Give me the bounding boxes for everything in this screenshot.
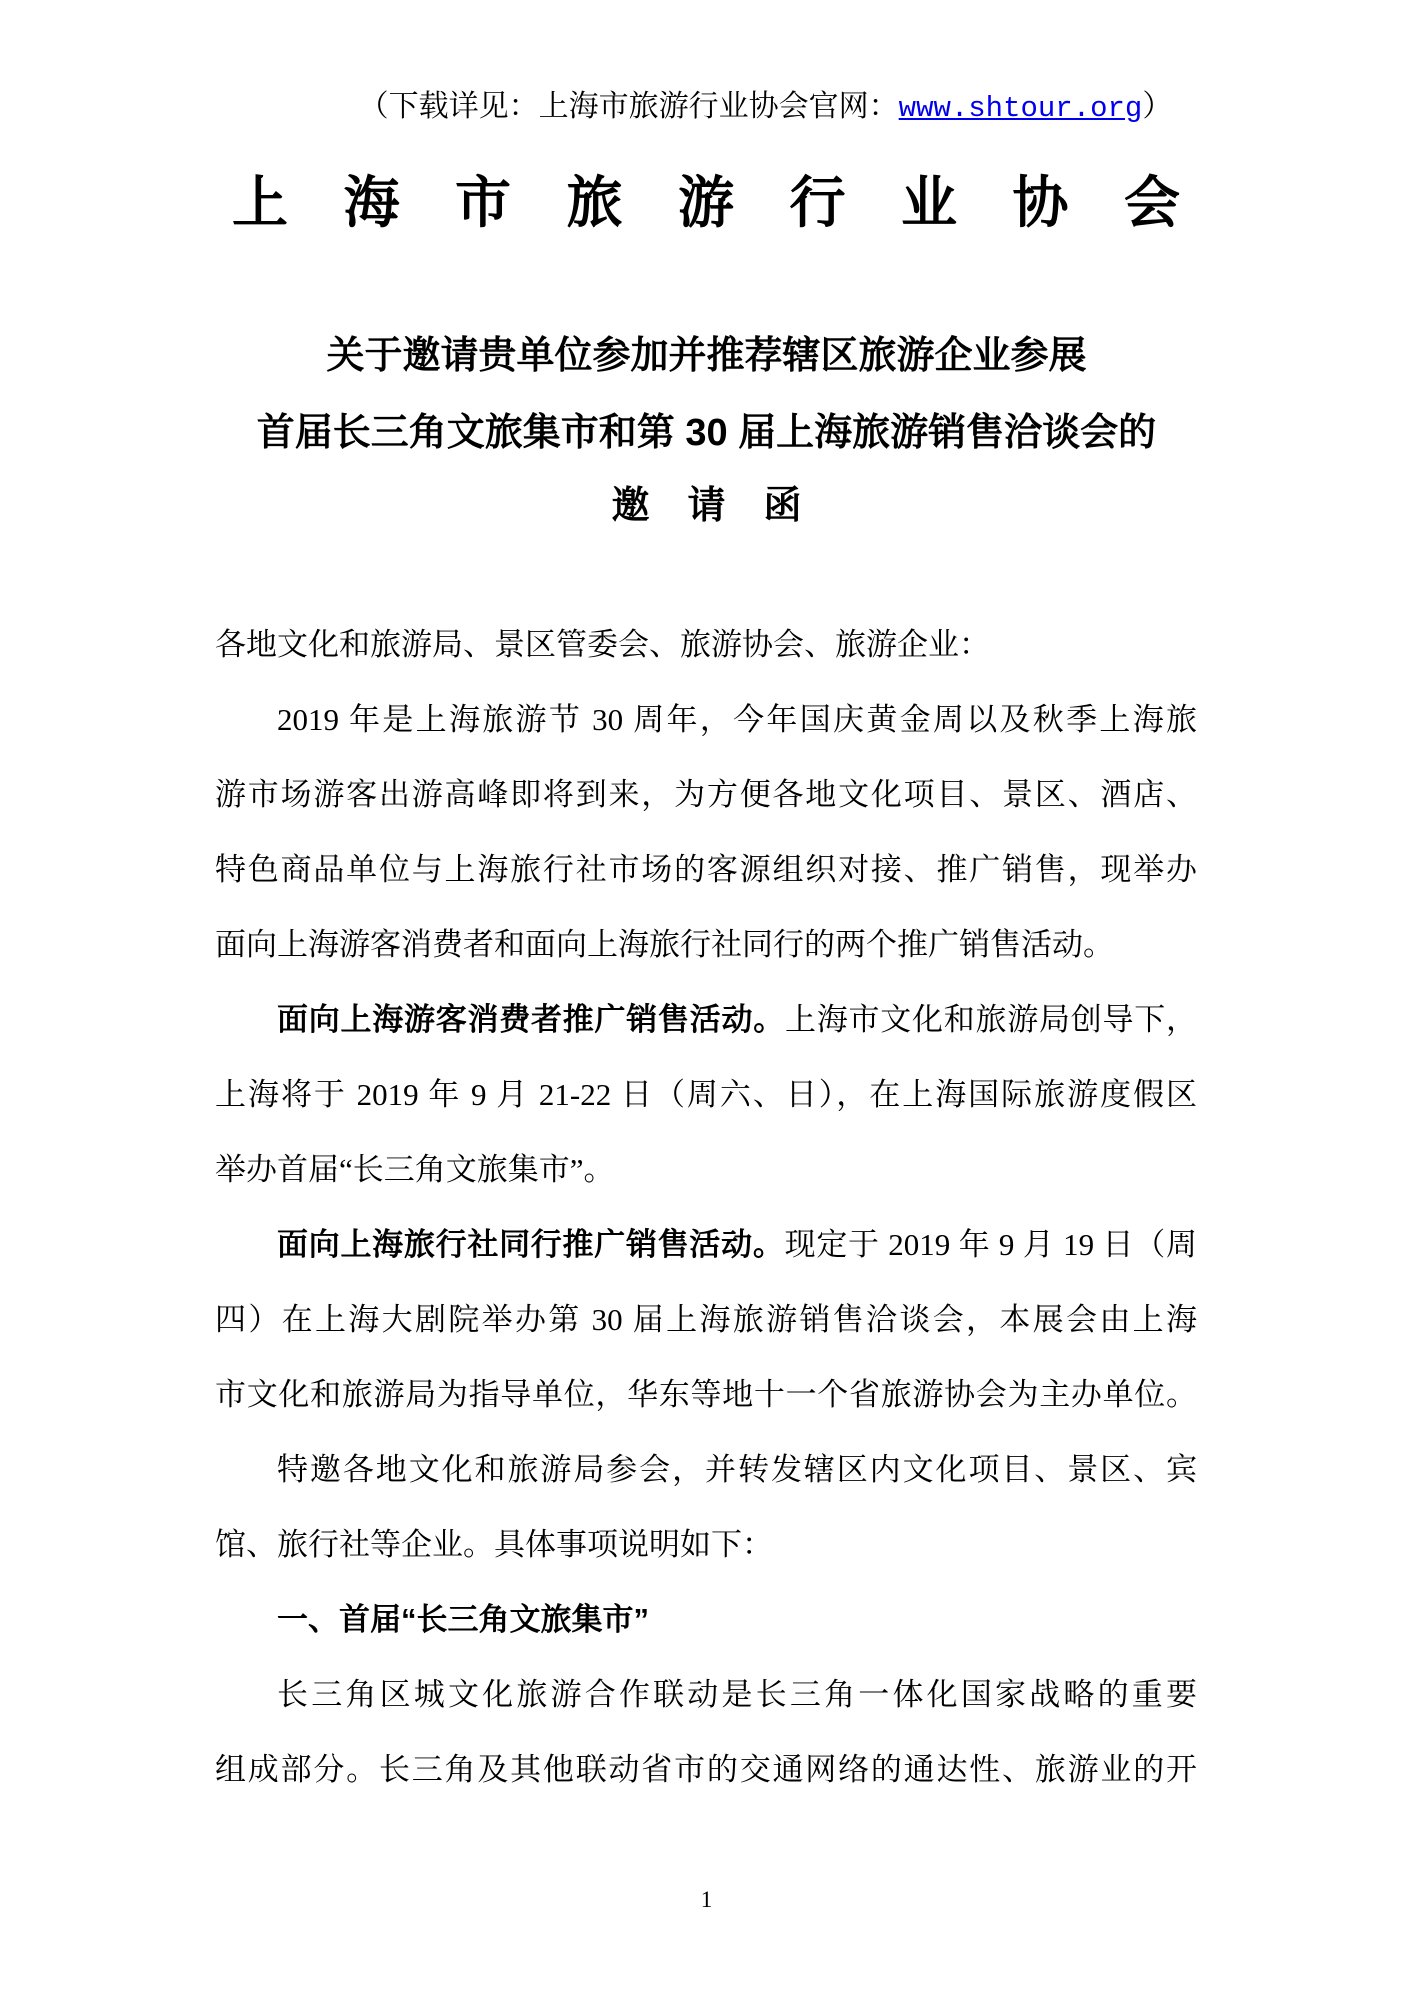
body-line-text: 举办首届“长三角文旅集市”。 xyxy=(215,1152,615,1187)
document-page: （下载详见：上海市旅游行业协会官网：www.shtour.org） 上海市旅游行… xyxy=(0,0,1413,2000)
body-line: 2019 年是上海旅游节 30 周年，今年国庆黄金周以及秋季上海旅 xyxy=(215,682,1197,757)
page-number: 1 xyxy=(0,1884,1413,1916)
letter-body: 各地文化和旅游局、景区管委会、旅游协会、旅游企业： 2019 年是上海旅游节 3… xyxy=(215,607,1197,1807)
body-line-text: 特邀各地文化和旅游局参会，并转发辖区内文化项目、景区、宾 xyxy=(277,1452,1197,1487)
body-line-text: 特色商品单位与上海旅行社市场的客源组织对接、推广销售，现举办 xyxy=(215,852,1197,887)
body-line: 面向上海游客消费者和面向上海旅行社同行的两个推广销售活动。 xyxy=(215,907,1197,982)
body-line: 上海将于 2019 年 9 月 21-22 日（周六、日），在上海国际旅游度假区 xyxy=(215,1057,1197,1132)
body-line-text: 市文化和旅游局为指导单位，华东等地十一个省旅游协会为主办单位。 xyxy=(215,1377,1197,1412)
body-line: 面向上海游客消费者推广销售活动。上海市文化和旅游局创导下， xyxy=(215,982,1197,1057)
body-line: 特色商品单位与上海旅行社市场的客源组织对接、推广销售，现举办 xyxy=(215,832,1197,907)
body-line-text: 上海市文化和旅游局创导下， xyxy=(785,1002,1197,1037)
download-note-suffix: ） xyxy=(1142,90,1172,123)
body-line-text: 长三角区城文化旅游合作联动是长三角一体化国家战略的重要 xyxy=(277,1677,1197,1712)
invitation-letter-heading: 邀 请 函 xyxy=(0,483,1413,529)
subject-heading-line1: 关于邀请贵单位参加并推荐辖区旅游企业参展 xyxy=(0,333,1413,379)
body-line-text: 游市场游客出游高峰即将到来，为方便各地文化项目、景区、酒店、 xyxy=(215,777,1197,812)
association-title: 上海市旅游行业协会 xyxy=(232,172,1180,236)
body-line: 四）在上海大剧院举办第 30 届上海旅游销售洽谈会，本展会由上海 xyxy=(215,1282,1197,1357)
download-note-prefix: （下载详见：上海市旅游行业协会官网： xyxy=(359,90,899,123)
body-line: 游市场游客出游高峰即将到来，为方便各地文化项目、景区、酒店、 xyxy=(215,757,1197,832)
body-line-text: 2019 年是上海旅游节 30 周年，今年国庆黄金周以及秋季上海旅 xyxy=(277,702,1197,737)
body-line-salutation: 各地文化和旅游局、景区管委会、旅游协会、旅游企业： xyxy=(215,607,1197,682)
body-line: 馆、旅行社等企业。具体事项说明如下： xyxy=(215,1507,1197,1582)
body-line-text: 四）在上海大剧院举办第 30 届上海旅游销售洽谈会，本展会由上海 xyxy=(215,1302,1197,1337)
section-heading-line: 一、首届“长三角文旅集市” xyxy=(215,1582,1197,1657)
body-line-text: 馆、旅行社等企业。具体事项说明如下： xyxy=(215,1527,773,1562)
body-line-text: 上海将于 2019 年 9 月 21-22 日（周六、日），在上海国际旅游度假区 xyxy=(215,1077,1197,1112)
body-line: 举办首届“长三角文旅集市”。 xyxy=(215,1132,1197,1207)
download-note: （下载详见：上海市旅游行业协会官网：www.shtour.org） xyxy=(0,88,1413,128)
body-line-text: 面向上海游客消费者和面向上海旅行社同行的两个推广销售活动。 xyxy=(215,927,1114,962)
body-line: 市文化和旅游局为指导单位，华东等地十一个省旅游协会为主办单位。 xyxy=(215,1357,1197,1432)
body-line: 长三角区城文化旅游合作联动是长三角一体化国家战略的重要 xyxy=(215,1657,1197,1732)
body-line: 特邀各地文化和旅游局参会，并转发辖区内文化项目、景区、宾 xyxy=(215,1432,1197,1507)
body-line-bold: 面向上海游客消费者推广销售活动。 xyxy=(277,1002,785,1037)
body-line-text: 组成部分。长三角及其他联动省市的交通网络的通达性、旅游业的开 xyxy=(215,1752,1197,1787)
section-heading-bold: 一、首届“长三角文旅集市” xyxy=(277,1602,649,1637)
body-line-text: 各地文化和旅游局、景区管委会、旅游协会、旅游企业： xyxy=(215,627,990,662)
shtour-link[interactable]: www.shtour.org xyxy=(899,92,1143,125)
body-line-text: 现定于 2019 年 9 月 19 日（周 xyxy=(785,1227,1197,1262)
subject-heading-line2: 首届长三角文旅集市和第 30 届上海旅游销售洽谈会的 xyxy=(0,410,1413,456)
body-line: 组成部分。长三角及其他联动省市的交通网络的通达性、旅游业的开 xyxy=(215,1732,1197,1807)
body-line: 面向上海旅行社同行推广销售活动。现定于 2019 年 9 月 19 日（周 xyxy=(215,1207,1197,1282)
body-line-bold: 面向上海旅行社同行推广销售活动。 xyxy=(277,1227,785,1262)
